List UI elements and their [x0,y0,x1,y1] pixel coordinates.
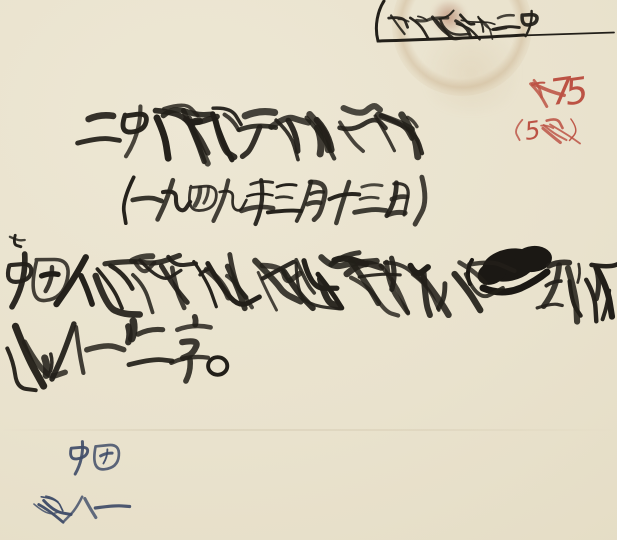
redaction-strokes [468,260,547,292]
blue-note-line-2: 加八一 [32,492,128,524]
document-page: 油印时晒蓝二中 宣7575 （5份）5 二中全会关于军旗的决议 （一九四九年三月… [0,0,617,540]
svg-text:5: 5 [523,115,543,146]
svg-text:5: 5 [562,69,591,114]
body-line-1-end: 五角星， [543,252,615,324]
svg-text:7: 7 [548,69,577,114]
document-date: （一九四九年三月十三日） [118,174,430,228]
brown-ink-smudge [429,1,469,33]
redaction-blob [474,244,553,290]
body-line-2: 加“八一”二字。 [6,310,228,390]
red-copies-annotation: （5份）5 [509,117,581,143]
document-title: 二中全会关于军旗的决议 [86,100,428,162]
blue-note-line-1: 中国 [64,438,120,478]
faint-stain-wash [412,34,530,112]
body-line-1-start: 中国人民解放军的军旗应为红地，加 [2,248,484,314]
paper-crease [0,429,617,431]
insertion-mark: 匕 [6,233,26,250]
red-serial-annotation: 宣7575 [525,72,579,110]
